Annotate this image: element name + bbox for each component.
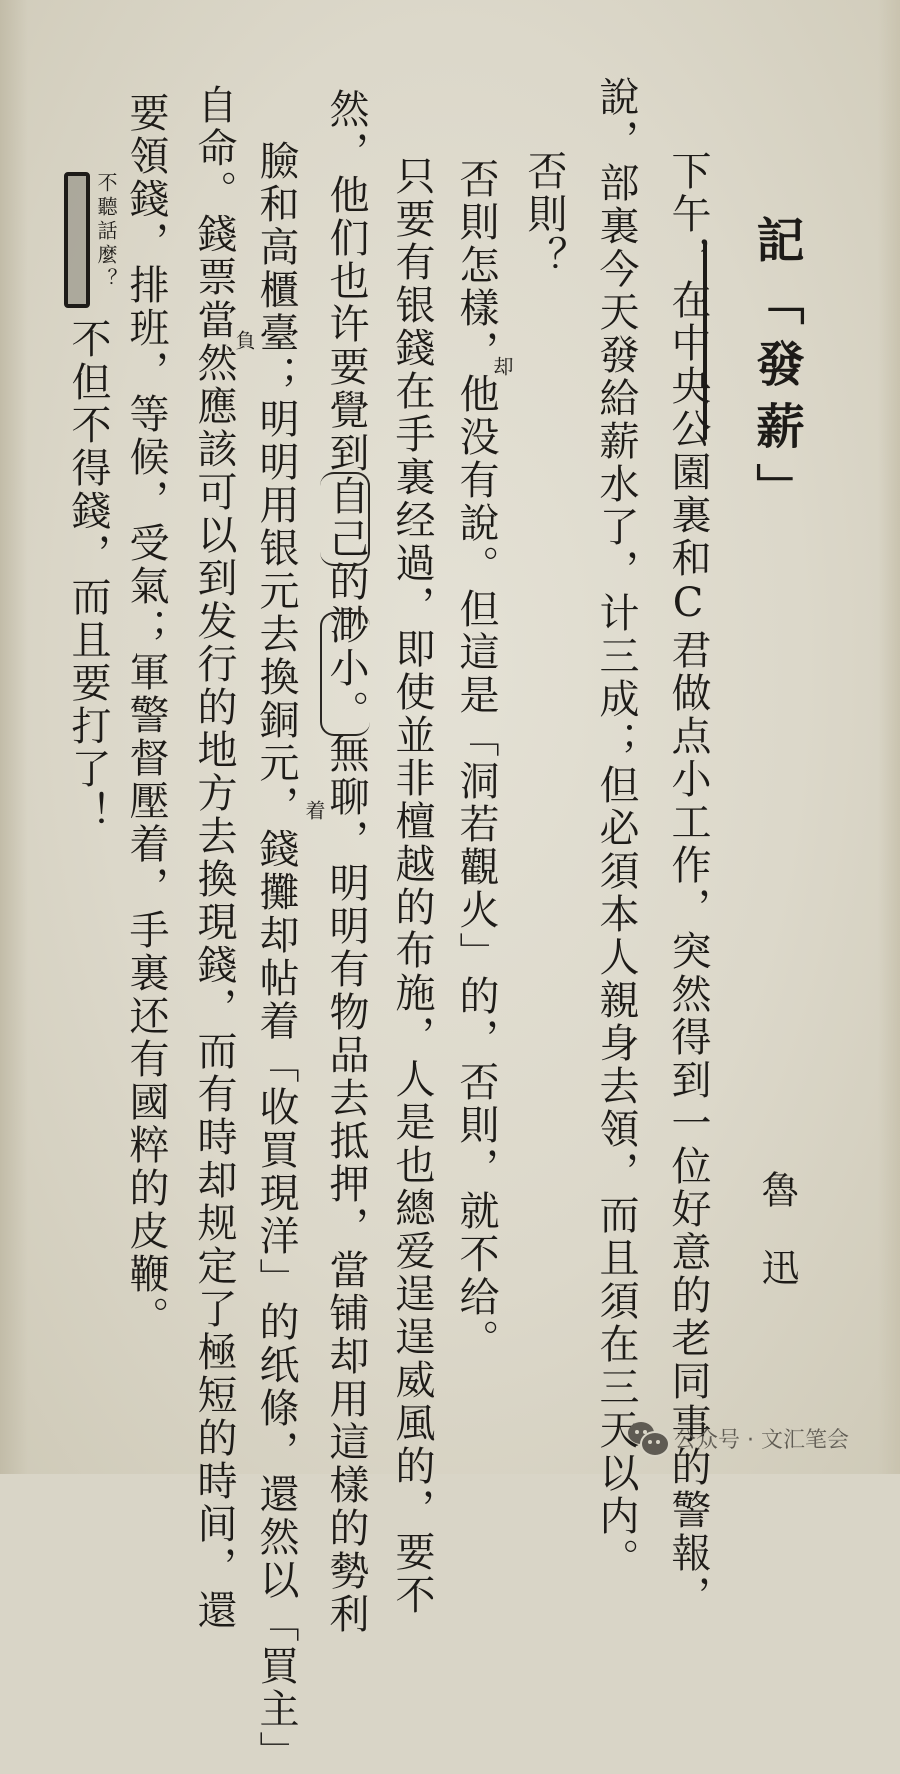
text-column-3: 否則？ xyxy=(524,150,564,279)
watermark-text: 公众号 · 文汇笔会 xyxy=(674,1423,849,1454)
struck-out-text xyxy=(64,172,90,308)
text-column-1: 下午，在中央公園裏和C君做点小工作，突然得到一位好意的老同事的警報， xyxy=(668,150,708,1474)
text-column-9: 要領錢，排班，等候，受氣；軍警督壓着，手裏还有國粹的皮鞭。 xyxy=(126,92,166,1339)
margin-mark-line xyxy=(703,240,707,440)
text-column-2: 說，部裏今天發給薪水了，计三成；但必須本人親身去領，而且須在三天以内。 xyxy=(596,76,636,1474)
insert-annotation-fu: 負 xyxy=(234,330,254,350)
manuscript-title: 記「發薪」 xyxy=(752,215,800,525)
insert-annotation-zhe: 着 xyxy=(304,800,324,820)
text-column-6: 然，他们也许要覺到自己的渺小。無聊，明明有物品去抵押，當铺却用這樣的勢利 xyxy=(326,88,366,1474)
manuscript-author: 魯迅 xyxy=(758,1170,796,1326)
text-column-5: 只要有银錢在手裏经過，即使並非檀越的布施，人是也總爱逞逞威風的，要不 xyxy=(392,155,432,1474)
watermark: 公众号 · 文汇笔会 xyxy=(628,1420,849,1456)
wechat-icon xyxy=(628,1422,666,1454)
edit-bracket xyxy=(320,472,370,566)
text-column-10: 不但不得錢，而且要打了！ xyxy=(68,318,108,834)
insert-annotation-bu-ting-hua: 不聽話麼？ xyxy=(96,172,116,292)
manuscript-page: 記「發薪」 魯迅 下午，在中央公園裏和C君做点小工作，突然得到一位好意的老同事的… xyxy=(0,0,900,1474)
text-column-8: 自命。錢票當然應該可以到发行的地方去換現錢，而有時却规定了極短的時间，還 xyxy=(194,84,234,1474)
edit-bracket xyxy=(320,612,370,736)
text-column-4: 否則怎樣，他没有說。但這是「洞若觀火」的，否則，就不给。 xyxy=(456,158,496,1362)
insert-annotation-que: 却 xyxy=(492,356,512,376)
text-column-7: 臉和高櫃臺；明明用银元去換銅元，錢攤却帖着「收買現洋」的纸條，還然以「買主」 xyxy=(256,140,296,1474)
